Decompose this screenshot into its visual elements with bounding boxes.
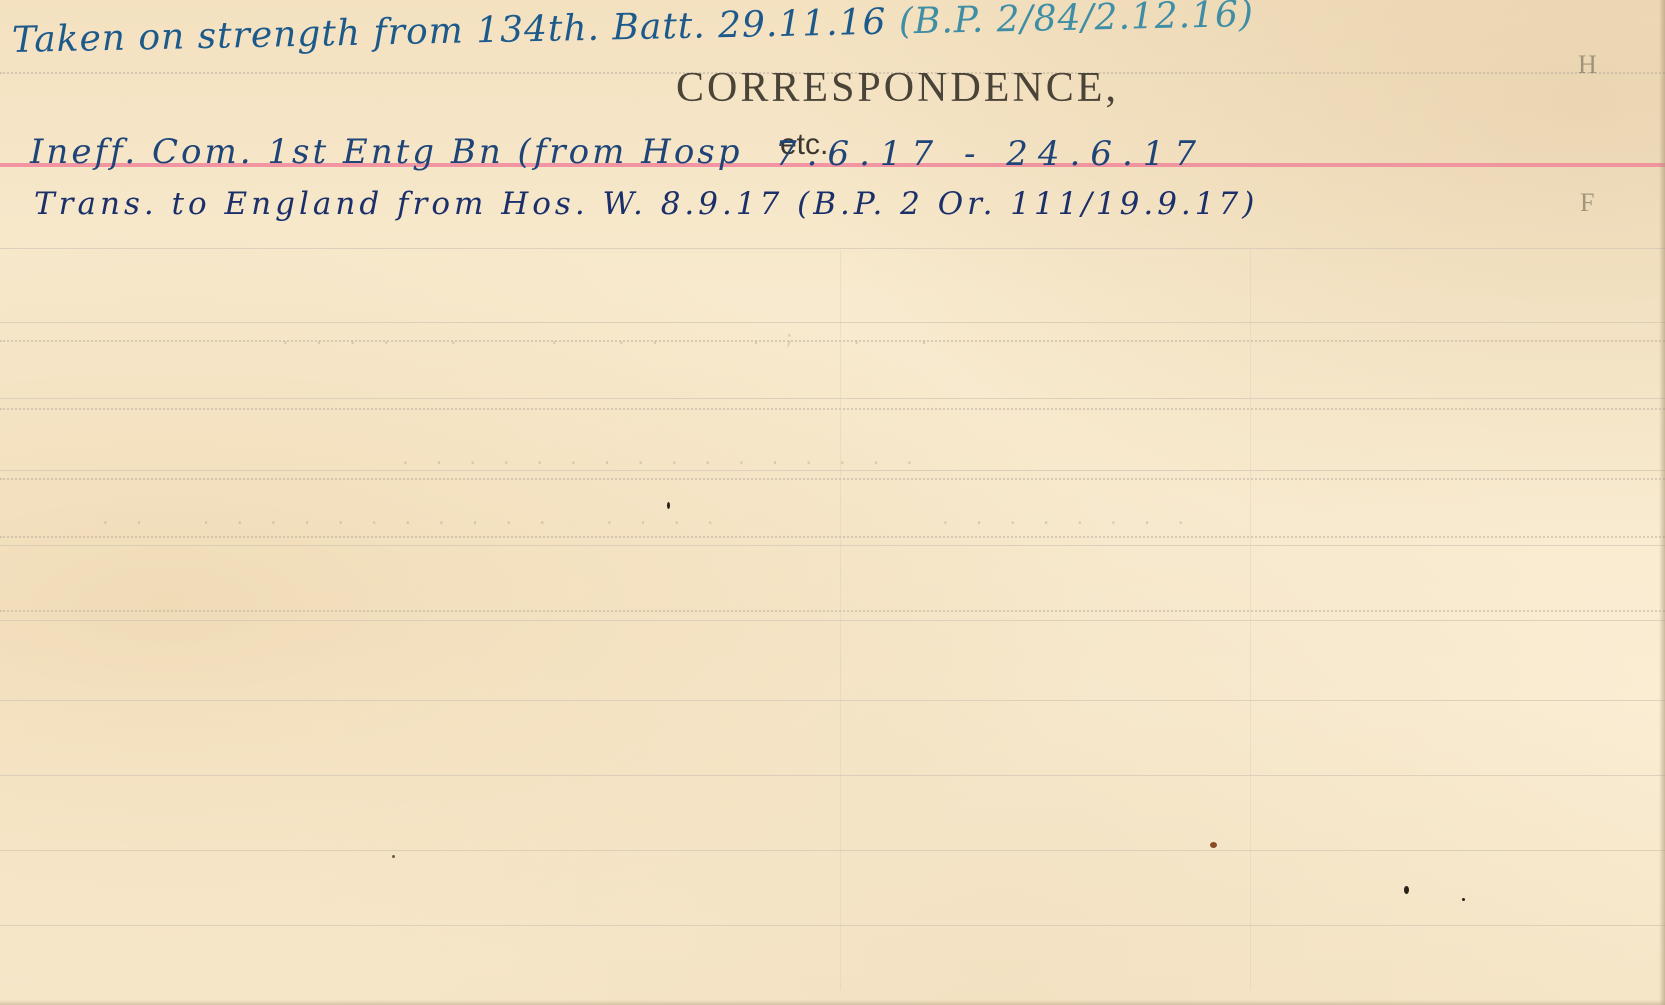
ruled-line xyxy=(0,470,1665,471)
entry-dates: 7.6.17 - 24.6.17 xyxy=(775,134,1206,174)
card-edge xyxy=(1659,0,1665,1005)
ruled-line xyxy=(0,398,1665,399)
ruled-line xyxy=(0,248,1665,249)
ruled-line xyxy=(0,775,1665,776)
stain-speck xyxy=(1210,842,1217,848)
ruled-line xyxy=(0,620,1665,621)
column-line xyxy=(840,250,841,990)
entry-text: Taken on strength from 134th. Batt. 29.1… xyxy=(12,2,887,61)
ink-speck xyxy=(1462,898,1465,901)
bleed-through-text: . . . . . . . . . . . . . . . . . xyxy=(100,510,722,530)
dotted-rule xyxy=(0,408,1665,410)
corner-mark-bottom: F xyxy=(1580,188,1594,218)
ink-speck xyxy=(667,502,670,509)
bleed-through-text: . . . . . . . . . . . . . . . . xyxy=(400,450,921,470)
dotted-rule xyxy=(0,536,1665,538)
bleed-through-text: . . . . . . . . . ; . . xyxy=(280,330,935,350)
ruled-line xyxy=(0,850,1665,851)
ruled-line xyxy=(0,322,1665,323)
ruled-line xyxy=(0,700,1665,701)
ruled-line xyxy=(0,925,1665,926)
column-line xyxy=(1250,250,1251,990)
bleed-through-text: . . . . . . . . xyxy=(940,510,1192,530)
card-edge xyxy=(0,1000,1665,1005)
entry-text: Trans. to England from Hos. W. 8.9.17 (B… xyxy=(34,186,1258,222)
entry-reference: (B.P. 2/84/2.12.16) xyxy=(898,0,1254,42)
record-card: . . . . . . . . . ; . . . . . . . . . . … xyxy=(0,0,1665,1005)
ink-speck xyxy=(392,855,395,858)
entry-taken-on-strength: Taken on strength from 134th. Batt. 29.1… xyxy=(12,0,1255,61)
entry-transferred: Trans. to England from Hos. W. 8.9.17 (B… xyxy=(34,186,1258,222)
corner-mark-top: H xyxy=(1578,50,1597,80)
dotted-rule xyxy=(0,478,1665,480)
ruled-line xyxy=(0,545,1665,546)
card-heading: CORRESPONDENCE, xyxy=(0,64,1665,112)
entry-ineffective: Ineff. Com. 1st Entg Bn (from Hosp 7.6.1… xyxy=(30,132,743,172)
ink-speck xyxy=(1404,886,1409,894)
entry-text: Ineff. Com. 1st Entg Bn (from Hosp xyxy=(30,132,743,172)
dotted-rule xyxy=(0,610,1665,612)
